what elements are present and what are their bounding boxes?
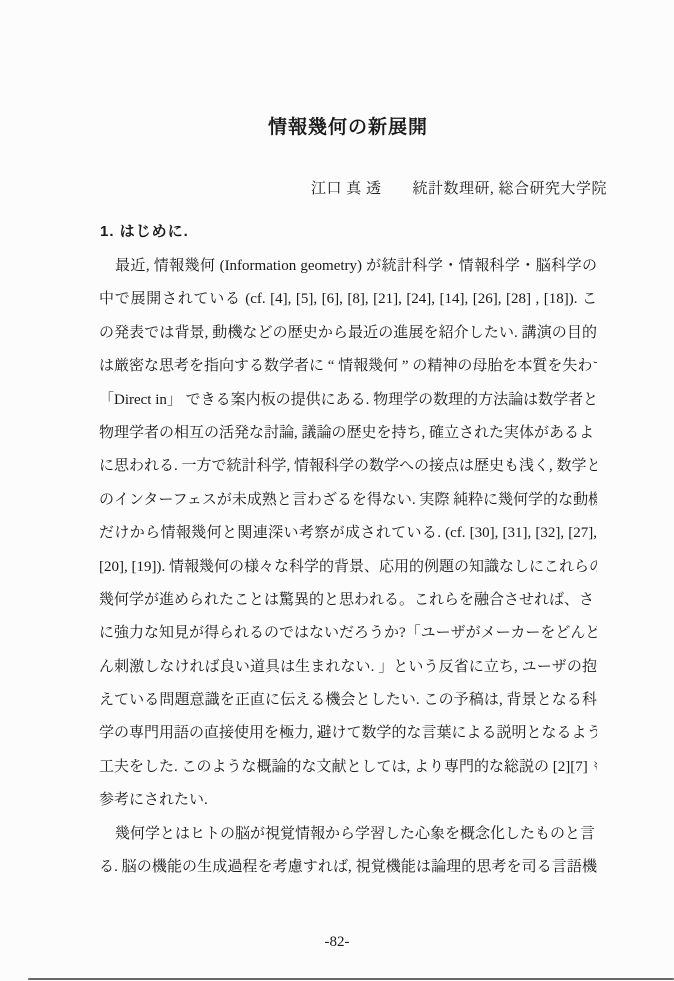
scanned-paper-page: 情報幾何の新展開 江口 真 透 統計数理研, 総合研究大学院 1. はじめに. … <box>0 0 674 981</box>
body-text-line: る. 脳の機能の生成過程を考慮すれば, 視覚機能は論理的思考を司る言語機 <box>99 851 597 884</box>
body-text-line: 幾何学が進められたことは驚異的と思われる。これらを融合させれば、さら <box>99 584 597 617</box>
paper-title: 情報幾何の新展開 <box>99 112 597 139</box>
body-text-block: 最近, 情報幾何 (Information geometry) が統計科学・情報… <box>99 250 597 884</box>
body-text-line: だけから情報幾何と関連深い考察が成されている. (cf. [30], [31],… <box>99 517 597 550</box>
body-text-line: 物理学者の相互の活発な討論, 議論の歴史を持ち, 確立された実体があるよう <box>99 417 597 450</box>
body-text-line: 学の専門用語の直接使用を極力, 避けて数学的な言葉による説明となるよう <box>99 717 597 750</box>
body-text-line: は厳密な思考を指向する数学者に “ 情報幾何 ” の精神の母胎を本質を失わず <box>99 350 597 383</box>
body-text-line: えている問題意識を正直に伝える機会としたい. この予稿は, 背景となる科 <box>99 684 597 717</box>
body-text-line: に強力な知見が得られるのではないだろうか?「ユーザがメーカーをどんど <box>99 617 597 650</box>
body-text-line: 幾何学とはヒトの脳が視覚情報から学習した心象を概念化したものと言え <box>99 818 597 851</box>
body-text-line: [20], [19]). 情報幾何の様々な科学的背景、応用的例題の知識なしにこれ… <box>99 551 597 584</box>
body-text-line: に思われる. 一方で統計科学, 情報科学の数学への接点は歴史も浅く, 数学と <box>99 450 597 483</box>
page-number: -82- <box>0 934 674 951</box>
scan-edge-artifact <box>28 978 674 980</box>
body-text-line: 中で展開されている (cf. [4], [5], [6], [8], [21],… <box>99 283 597 316</box>
body-text-line: 最近, 情報幾何 (Information geometry) が統計科学・情報… <box>99 250 597 283</box>
body-text-line: 参考にされたい. <box>99 784 597 817</box>
body-text-line: 「Direct in」 できる案内板の提供にある. 物理学の数理的方法論は数学者… <box>99 384 597 417</box>
author-affiliation-line: 江口 真 透 統計数理研, 総合研究大学院 <box>99 177 607 198</box>
body-text-line: 工夫をした. このような概論的な文献としては, より専門的な総説の [2][7]… <box>99 751 597 784</box>
body-text-line: のインターフェスが未成熟と言わざるを得ない. 実際 純粋に幾何学的な動機 <box>99 484 597 517</box>
body-text-line: ん刺激しなければ良い道具は生まれない. 」という反省に立ち, ユーザの抱 <box>99 651 597 684</box>
section-heading-introduction: 1. はじめに. <box>100 220 189 241</box>
body-text-line: の発表では背景, 動機などの歴史から最近の進展を紹介したい. 講演の目的 <box>99 317 597 350</box>
